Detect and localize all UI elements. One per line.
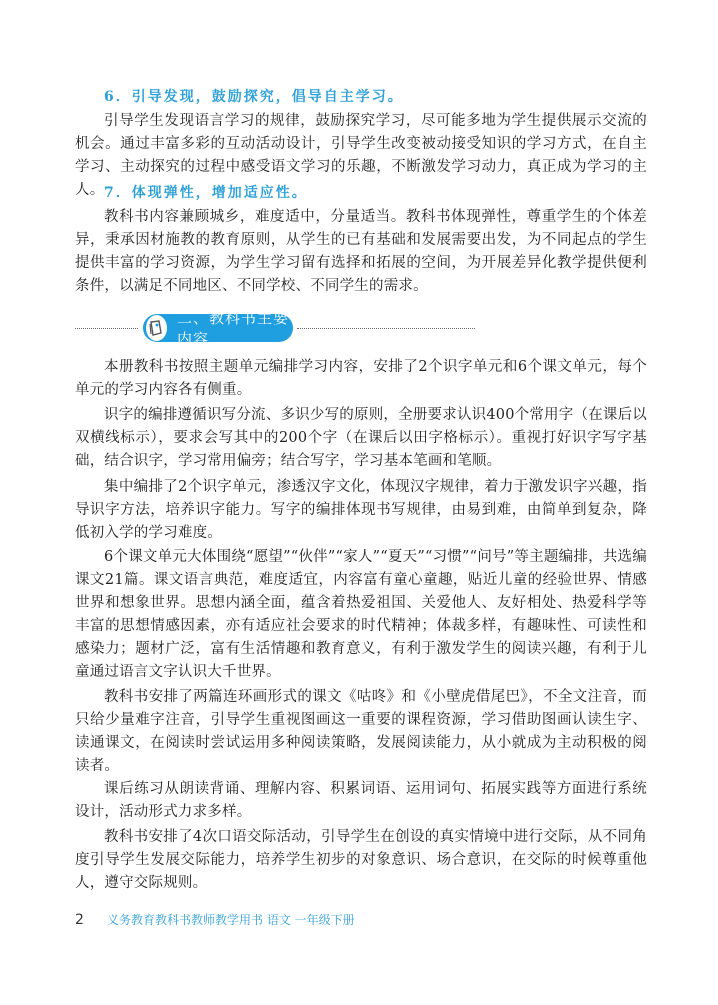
paragraph-7: 教科书内容兼顾城乡，难度适中，分量适当。教科书体现弹性，尊重学生的个体差异，秉承… — [75, 206, 647, 298]
paragraph: 集中编排了2个识字单元，渗透汉字文化，体现汉字规律，着力于激发识字兴趣，指导识字… — [75, 476, 647, 545]
dotted-divider-left — [75, 328, 138, 329]
section-title-pill: 二、教科书主要内容 — [143, 314, 293, 342]
heading-6: 6．引导发现，鼓励探究，倡导自主学习。 — [104, 86, 404, 106]
heading-7: 7．体现弹性，增加适应性。 — [104, 182, 308, 202]
dotted-divider-right — [297, 328, 475, 329]
page-footer: 2 义务教育教科书教师教学用书 语文 一年级下册 — [75, 909, 355, 928]
book-title: 义务教育教科书教师教学用书 语文 一年级下册 — [107, 913, 355, 927]
paragraph: 6个课文单元大体围绕“愿望”“伙伴”“家人”“夏天”“习惯”“问号”等主题编排，… — [75, 546, 647, 684]
paragraph: 本册教科书按照主题单元编排学习内容，安排了2个识字单元和6个课文单元，每个单元的… — [75, 356, 647, 402]
section-title: 二、教科书主要内容 — [177, 307, 293, 349]
paragraph: 课后练习从朗读背诵、理解内容、积累词语、运用词句、拓展实践等方面进行系统设计，活… — [75, 778, 647, 824]
page-number: 2 — [75, 912, 84, 928]
book-icon — [146, 315, 167, 341]
paragraph: 识字的编排遵循识写分流、多识少写的原则，全册要求认识400个常用字（在课后以双横… — [75, 404, 647, 473]
paragraph: 教科书安排了两篇连环画形式的课文《咕咚》和《小壁虎借尾巴》，不全文注音，而只给少… — [75, 686, 647, 778]
section-header: 二、教科书主要内容 — [75, 313, 475, 343]
paragraph: 教科书安排了4次口语交际活动，引导学生在创设的真实情境中进行交际，从不同角度引导… — [75, 826, 647, 895]
